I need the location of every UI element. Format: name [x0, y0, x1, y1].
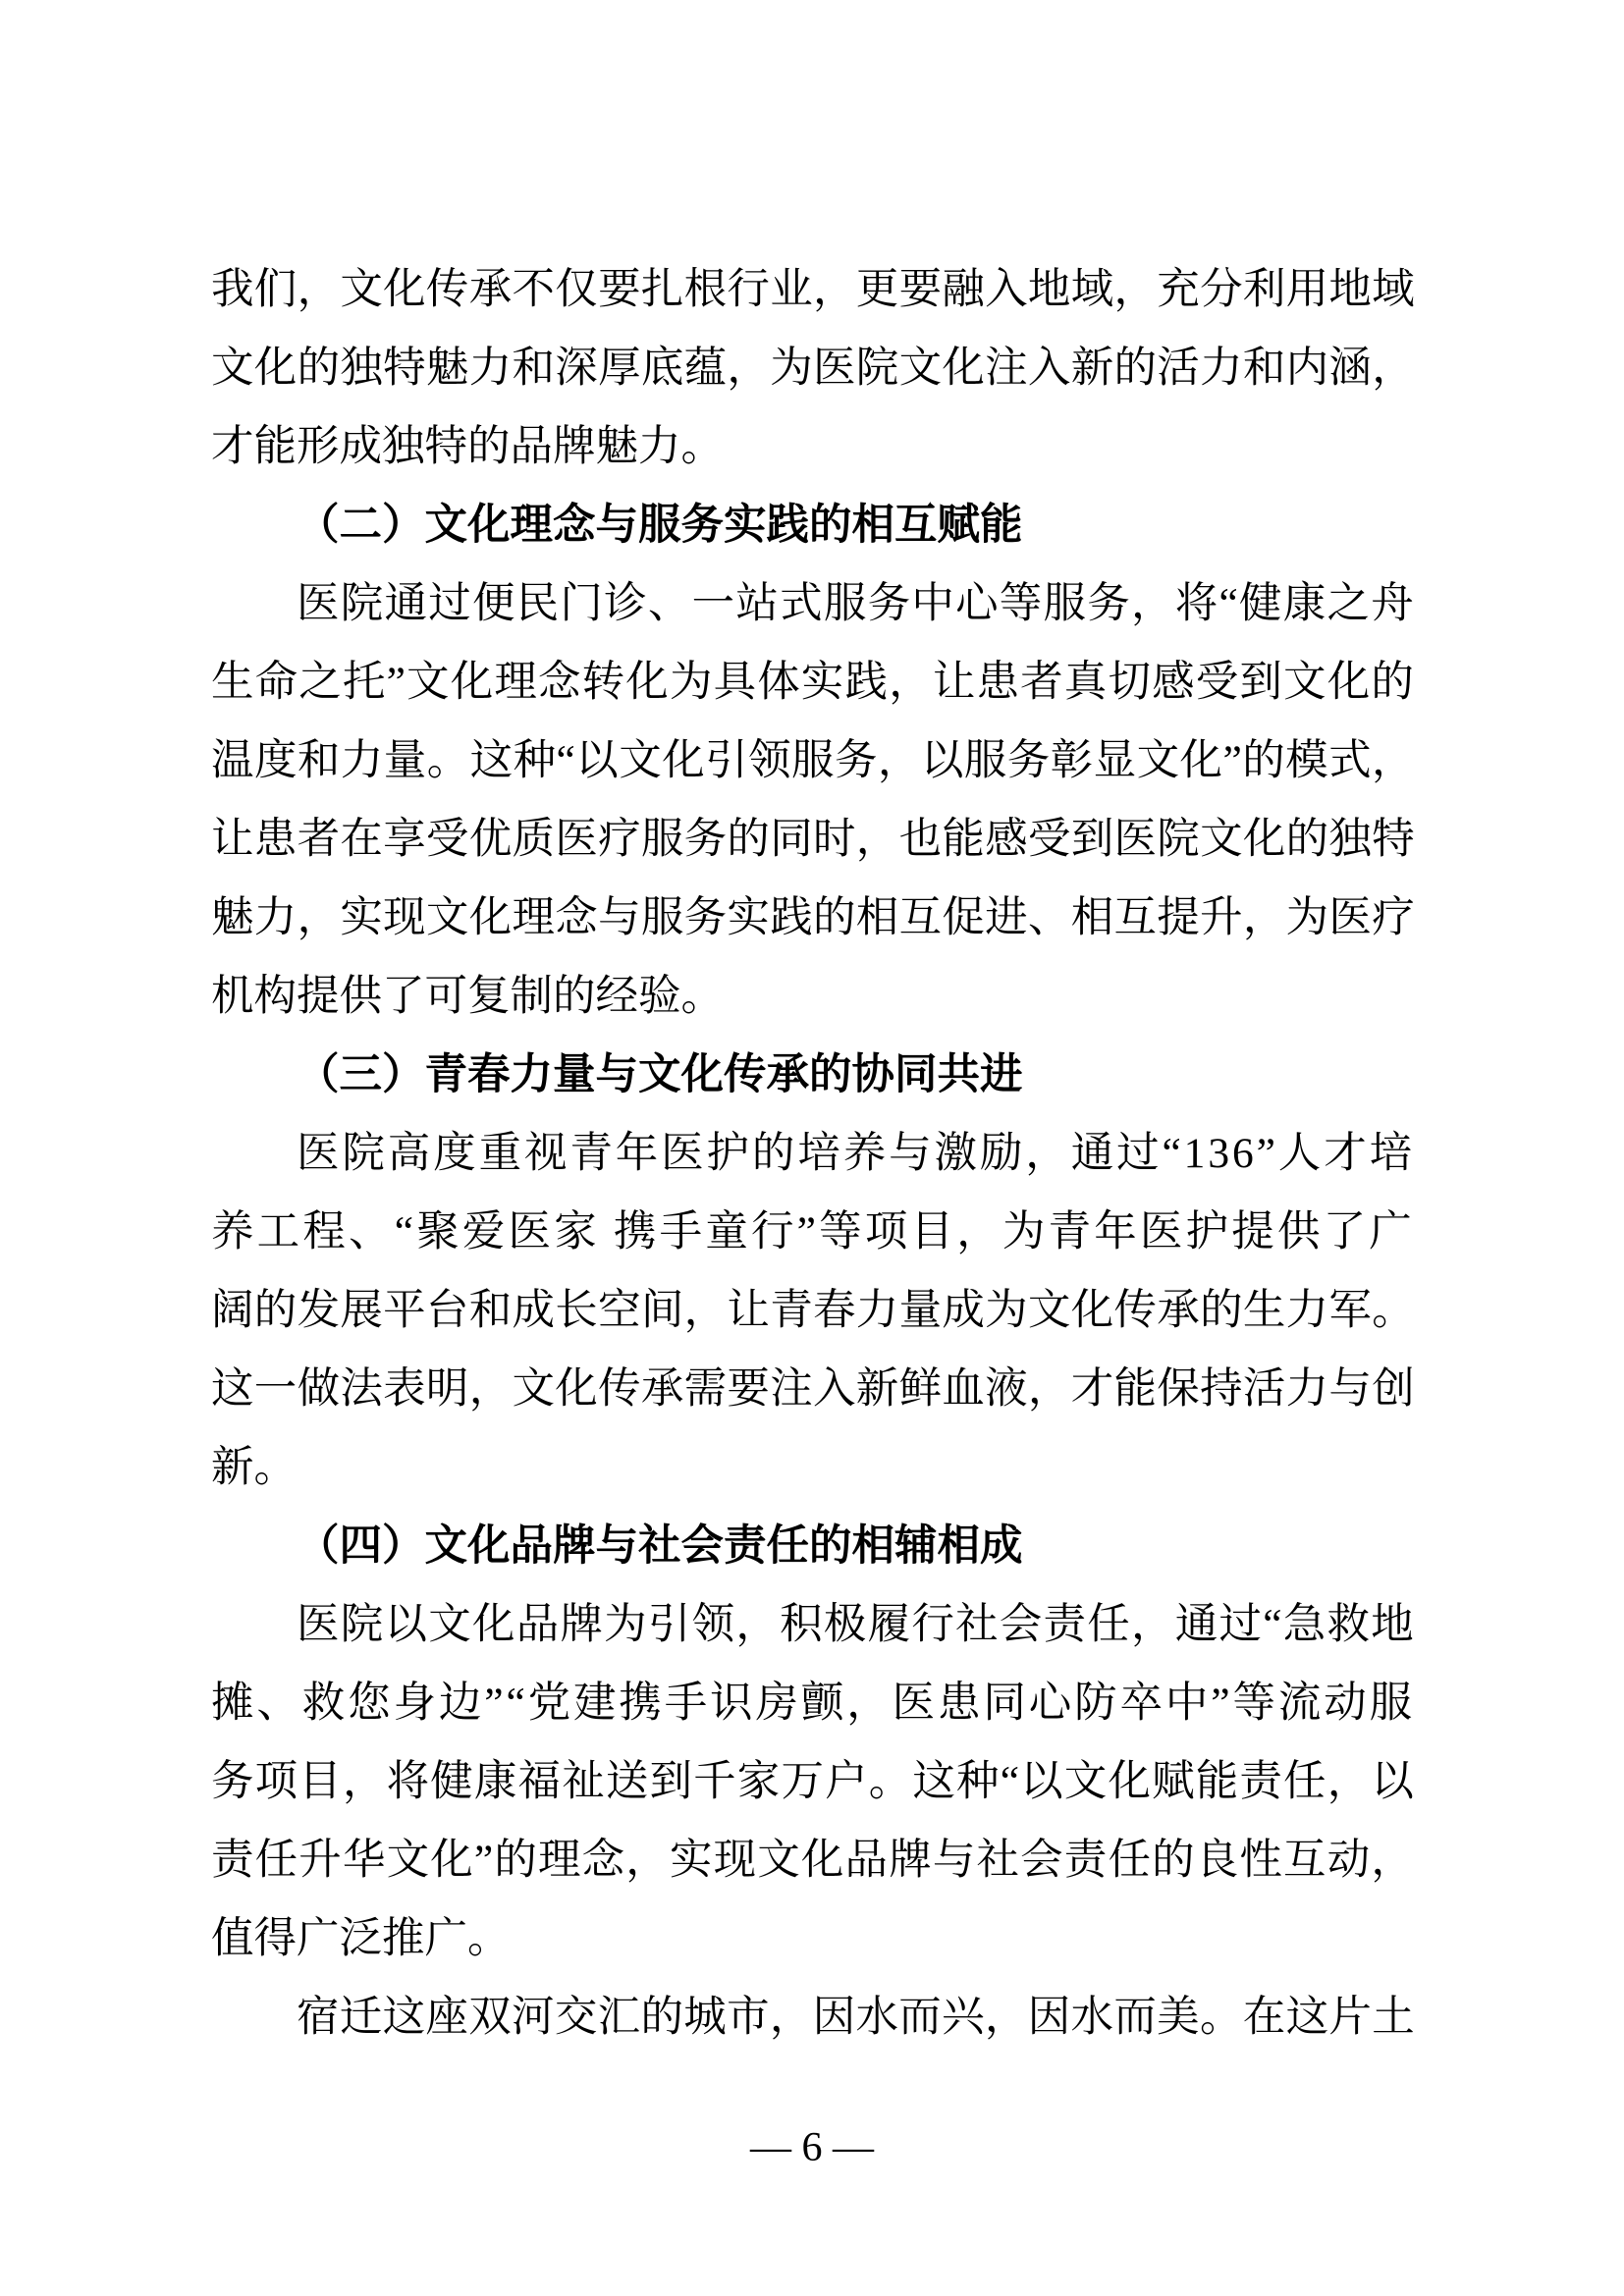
text-line: 医院通过便民门诊、一站式服务中心等服务，将“健康之舟: [211, 564, 1415, 643]
text-line: 机构提供了可复制的经验。: [211, 957, 1415, 1036]
text-line: 宿迁这座双河交汇的城市，因水而兴，因水而美。在这片土: [211, 1978, 1415, 2056]
text-line: 才能形成独特的品牌魅力。: [211, 407, 1415, 486]
text-block: 我们，文化传承不仅要扎根行业，更要融入地域，充分利用地域文化的独特魅力和深厚底蕴…: [211, 250, 1415, 2056]
section-heading: （四）文化品牌与社会责任的相辅相成: [211, 1507, 1415, 1585]
section-heading: （三）青春力量与文化传承的协同共进: [211, 1036, 1415, 1114]
text-line: 值得广泛推广。: [211, 1899, 1415, 1978]
text-line: 魅力，实现文化理念与服务实践的相互促进、相互提升，为医疗: [211, 879, 1415, 957]
section-heading: （二）文化理念与服务实践的相互赋能: [211, 486, 1415, 564]
text-line: 让患者在享受优质医疗服务的同时，也能感受到医院文化的独特: [211, 800, 1415, 879]
text-line: 新。: [211, 1428, 1415, 1507]
text-line: 务项目，将健康福祉送到千家万户。这种“以文化赋能责任，以: [211, 1742, 1415, 1821]
text-line: 生命之托”文化理念转化为具体实践，让患者真切感受到文化的: [211, 643, 1415, 721]
text-line: 我们，文化传承不仅要扎根行业，更要融入地域，充分利用地域: [211, 250, 1415, 329]
text-line: 医院以文化品牌为引领，积极履行社会责任，通过“急救地: [211, 1585, 1415, 1664]
text-line: 这一做法表明，文化传承需要注入新鲜血液，才能保持活力与创: [211, 1350, 1415, 1428]
text-line: 养工程、“聚爱医家 携手童行”等项目，为青年医护提供了广: [211, 1193, 1415, 1271]
document-page: 我们，文化传承不仅要扎根行业，更要融入地域，充分利用地域文化的独特魅力和深厚底蕴…: [0, 0, 1624, 2296]
text-line: 温度和力量。这种“以文化引领服务，以服务彰显文化”的模式，: [211, 721, 1415, 800]
page-number: — 6 —: [0, 2118, 1624, 2177]
text-line: 文化的独特魅力和深厚底蕴，为医院文化注入新的活力和内涵，: [211, 329, 1415, 407]
text-line: 责任升华文化”的理念，实现文化品牌与社会责任的良性互动，: [211, 1821, 1415, 1899]
text-line: 摊、救您身边”“党建携手识房颤，医患同心防卒中”等流动服: [211, 1664, 1415, 1742]
text-line: 医院高度重视青年医护的培养与激励，通过“136”人才培: [211, 1114, 1415, 1193]
text-line: 阔的发展平台和成长空间，让青春力量成为文化传承的生力军。: [211, 1271, 1415, 1350]
